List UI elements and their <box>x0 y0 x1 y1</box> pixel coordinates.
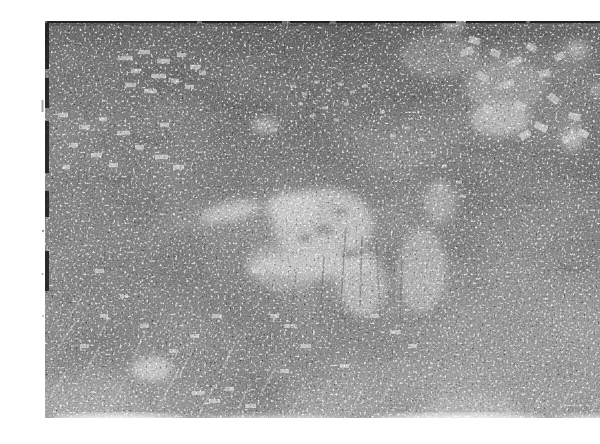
photo-image <box>40 16 600 428</box>
scanned-photograph-page <box>40 16 600 428</box>
photo-content <box>40 16 600 428</box>
white-speck-layer <box>45 21 600 418</box>
